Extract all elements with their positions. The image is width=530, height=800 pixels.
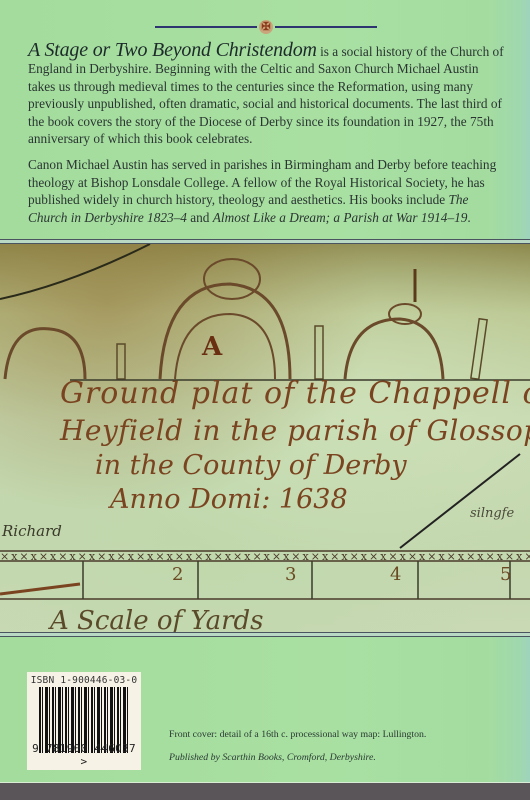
cross-pattee-icon: ✠ — [259, 20, 273, 34]
other-book-2: Almost Like a Dream; a Parish at War 191… — [213, 210, 468, 225]
map-label-left: Richard — [2, 522, 62, 540]
map-scale-label: A Scale of Yards — [50, 606, 263, 632]
ornament-divider: ✠ — [155, 20, 377, 34]
isbn-label: ISBN 1-900446-03-0 — [27, 675, 141, 686]
bio-joiner: and — [187, 210, 213, 225]
map-label-right: silngfe — [470, 506, 514, 521]
cover-image-map: ×x×x×x×x×x×x×x×x×x×x×x×x×x×x×x×x×x×x×x×x… — [0, 244, 530, 632]
book-title: A Stage or Two Beyond Christendom — [28, 39, 317, 61]
isbn-barcode: ISBN 1-900446-03-0 9 781900 446037 > — [27, 672, 141, 770]
scale-number: 4 — [390, 564, 401, 585]
scale-number: 5 — [500, 564, 511, 585]
ornament-rule-right — [275, 26, 377, 28]
map-script-line-4: Anno Domi: 1638 — [110, 484, 348, 515]
map-script-line-1: Ground plat of the Chappell of — [60, 376, 530, 411]
map-script-line-3: in the County of Derby — [95, 450, 407, 481]
blurb: A Stage or Two Beyond Christendom is a s… — [28, 42, 508, 235]
map-script-line-2: Heyfield in the parish of Glossopp — [60, 414, 530, 447]
front-cover-credit: Front cover: detail of a 16th c. process… — [169, 729, 426, 740]
scale-number: 2 — [172, 564, 183, 585]
image-frame-bottom — [0, 632, 530, 637]
barcode-digits: 9 781900 446037 > — [27, 742, 141, 768]
scan-background-strip — [0, 782, 530, 800]
author-bio: Canon Michael Austin has served in paris… — [28, 156, 508, 226]
map-letter-mark: A — [202, 332, 222, 362]
bio-end: . — [467, 210, 470, 225]
scale-number: 3 — [285, 564, 296, 585]
ornament-rule-left — [155, 26, 257, 28]
blurb-paragraph-1: A Stage or Two Beyond Christendom is a s… — [28, 42, 508, 147]
svg-text:×x×x×x×x×x×x×x×x×x×x×x×x×x×x×x: ×x×x×x×x×x×x×x×x×x×x×x×x×x×x×x×x×x×x×x×x… — [0, 550, 530, 563]
author-bio-text: Canon Michael Austin has served in paris… — [28, 157, 496, 207]
publisher-line: Published by Scarthin Books, Cromford, D… — [169, 752, 376, 763]
